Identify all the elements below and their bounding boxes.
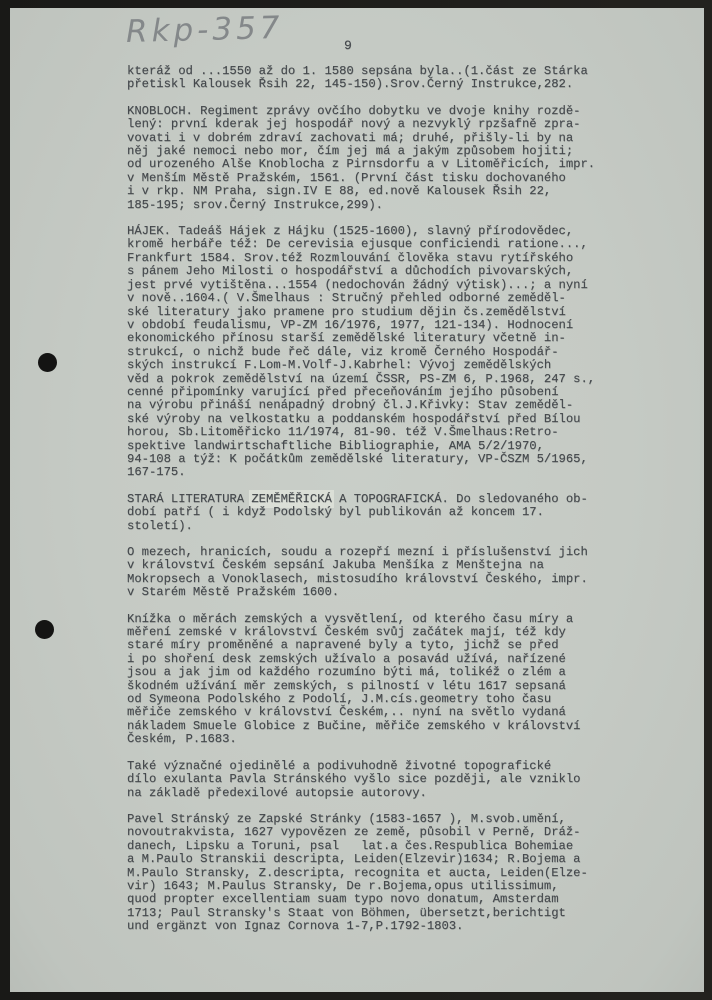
paragraph-pavel-stransky: Pavel Stránský ze Zapské Stránky (1583-1…	[127, 813, 627, 934]
paragraph-continuation: kteráž od ...1550 až do 1. 1580 sepsána …	[127, 65, 627, 92]
text-line: a M.Paulo Stranskii descripta, Leiden(El…	[127, 853, 627, 866]
paragraph-knobloch: KNOBLOCH. Regiment zprávy ovčího dobytku…	[127, 105, 627, 212]
text-column: kteráž od ...1550 až do 1. 1580 sepsána …	[127, 65, 627, 947]
text-line: i po shoření desk zemských užívalo a pos…	[127, 653, 627, 666]
punch-hole-bottom	[35, 620, 54, 639]
text-line: spektive landwirtschaftliche Bibliograph…	[127, 440, 627, 453]
text-line: 185-195; srov.Černý Instrukce,299).	[127, 199, 627, 212]
text-line: M.Paulo Stransky, Z.descripta, recognita…	[127, 867, 627, 880]
paragraph-knizka: Knížka o měrách zemských a vysvětlení, o…	[127, 613, 627, 747]
text-line: cenné připomínky varující před přeceňová…	[127, 386, 627, 399]
text-line: na základě předexilové autopsie autorovy…	[127, 787, 627, 800]
scan-background: Rkp-357 9 kteráž od ...1550 až do 1. 158…	[0, 0, 712, 1000]
text-line: ekonomického přínosu starší zemědělské l…	[127, 332, 627, 345]
page-number: 9	[344, 38, 352, 53]
text-line: století).	[127, 520, 627, 533]
text-line: přetiskl Kalousek Řsih 22, 145-150).Srov…	[127, 78, 627, 91]
text-line: und ergänzt von Ignaz Cornova 1-7,P.1792…	[127, 920, 627, 933]
text-line: quod propter excellentiam suam typo novo…	[127, 893, 627, 906]
text-line: od urozeného Alše Knoblocha z Pirnsdorfu…	[127, 158, 627, 171]
text-line: 1713; Paul Stransky's Staat von Böhmen, …	[127, 907, 627, 920]
text-line: novoutrakvista, 1627 vypovězen ze země, …	[127, 826, 627, 839]
text-line: kromě herbáře též: De cerevisia ejusque …	[127, 238, 627, 251]
text-line: něj jaké nemoci nebo mor, čím jej má a j…	[127, 145, 627, 158]
text-line: v království Českém sepsání Jakuba Menší…	[127, 559, 627, 572]
text-line: staré míry proměněné a napravené byly a …	[127, 639, 627, 652]
text-line: vir) 1643; M.Paulus Stransky, De r.Bojem…	[127, 880, 627, 893]
text-line: STARÁ LITERATURA ZEMĚMĚŘICKÁ A TOPOGRAFI…	[127, 493, 627, 506]
text-line: Českém, P.1683.	[127, 733, 627, 746]
text-line: KNOBLOCH. Regiment zprávy ovčího dobytku…	[127, 105, 627, 118]
text-line: danech, Lipsku a Toruni, psal lat.a čes.…	[127, 840, 627, 853]
text-line: s pánem Jeho Milosti o hospodářství a dů…	[127, 265, 627, 278]
text-line: i v rkp. NM Praha, sign.IV E 88, ed.nově…	[127, 185, 627, 198]
text-line: jsou a jak jim od každého rozumíno býti …	[127, 666, 627, 679]
text-line: Také význačné ojedinělé a podivuhodně ži…	[127, 760, 627, 773]
paragraph-o-mezech: O mezech, hranicích, soudu a rozepří mez…	[127, 546, 627, 600]
text-line: škodném užívání měr zemských, s pilností…	[127, 680, 627, 693]
text-line: věd a pokrok zemědělství na území ČSSR, …	[127, 373, 627, 386]
text-line: na výrobu přináší nenápadný drobný čl.J.…	[127, 399, 627, 412]
text-line: měření zemské v království Českém svůj z…	[127, 626, 627, 639]
text-line: strukcí, o nichž bude řeč dále, viz krom…	[127, 346, 627, 359]
text-line: lený: první kderak jej hospodář nový a n…	[127, 118, 627, 131]
handwritten-annotation: Rkp-357	[126, 10, 284, 50]
highlighted-text: ZEMĚMĚŘICKÁ	[251, 492, 331, 506]
text-line: měřiče zemského v království Českém,.. n…	[127, 706, 627, 719]
document-page: Rkp-357 9 kteráž od ...1550 až do 1. 158…	[10, 8, 704, 992]
text-line: v Starém Městě Pražském 1600.	[127, 586, 627, 599]
punch-hole-top	[38, 353, 57, 372]
text-line: 167-175.	[127, 466, 627, 479]
text-line: dobí patří ( i když Podolský byl publiko…	[127, 506, 627, 519]
text-line: 94-108 a týž: K počátkům zemědělské lite…	[127, 453, 627, 466]
text-line: ské literatury jako pramene pro studium …	[127, 306, 627, 319]
text-line: horou, Sb.Litoměřicko 11/1974, 81-90. té…	[127, 426, 627, 439]
text-line: v období feudalismu, VP-ZM 16/1976, 1977…	[127, 319, 627, 332]
text-line: dílo exulanta Pavla Stránského vyšlo sic…	[127, 773, 627, 786]
text-line: ských instrukcí F.Lom-M.Volf-J.Kabrhel: …	[127, 359, 627, 372]
text-line: v nově..1604.( V.Šmelhaus : Stručný přeh…	[127, 292, 627, 305]
paragraph-take-vyznacne: Také význačné ojedinělé a podivuhodně ži…	[127, 760, 627, 800]
text-line: HÁJEK. Tadeáš Hájek z Hájku (1525-1600),…	[127, 225, 627, 238]
paragraph-hajek: HÁJEK. Tadeáš Hájek z Hájku (1525-1600),…	[127, 225, 627, 480]
text-line: Mokropsech a Vonoklasech, mistosudího kr…	[127, 573, 627, 586]
paragraph-stara-literatura: STARÁ LITERATURA ZEMĚMĚŘICKÁ A TOPOGRAFI…	[127, 493, 627, 533]
